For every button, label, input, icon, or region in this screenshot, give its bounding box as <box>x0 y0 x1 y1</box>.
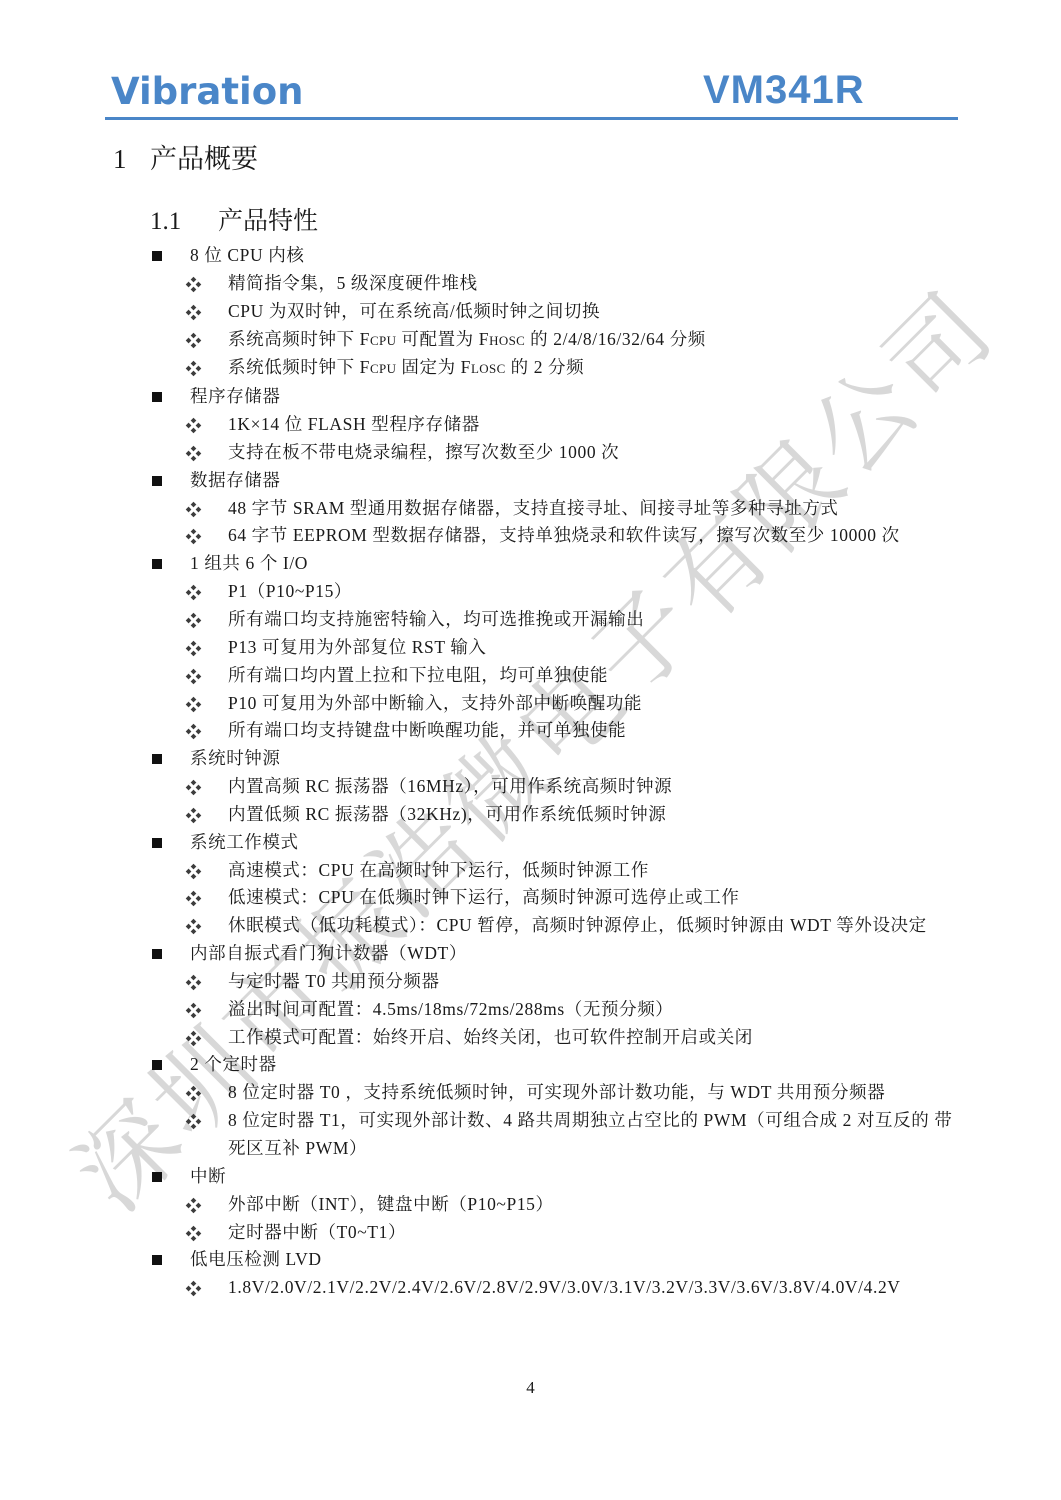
feature-subitem-text: 8 位定时器 T1，可实现外部计数、4 路共周期独立占空比的 PWM（可组合成 … <box>228 1107 962 1163</box>
feature-subitem: 低速模式：CPU 在低频时钟下运行，高频时钟源可选停止或工作 <box>152 884 962 912</box>
feature-subitem-text: 所有端口均支持键盘中断唤醒功能，并可单独使能 <box>228 717 962 745</box>
page: 深圳市振浩微电子有限公司 Vibration VM341R 1产品概要 1.1产… <box>0 0 1061 1500</box>
feature-subitem-text: 外部中断（INT），键盘中断（P10~P15） <box>228 1191 962 1219</box>
feature-subitem: CPU 为双时钟，可在系统高/低频时钟之间切换 <box>152 298 962 326</box>
page-number: 4 <box>0 1378 1061 1398</box>
feature-subitem: 定时器中断（T0~T1） <box>152 1219 962 1247</box>
feature-item: 2 个定时器 <box>152 1051 962 1079</box>
feature-label: 数据存储器 <box>190 467 281 495</box>
diamond-bullet-icon <box>186 277 202 293</box>
feature-subitem: 64 字节 EEPROM 型数据存储器，支持单独烧录和软件读写，擦写次数至少 1… <box>152 522 962 550</box>
feature-subitem: 所有端口均支持施密特输入，均可选推挽或开漏输出 <box>152 606 962 634</box>
feature-subitem: 精简指令集，5 级深度硬件堆栈 <box>152 270 962 298</box>
feature-subitem: 1K×14 位 FLASH 型程序存储器 <box>152 411 962 439</box>
diamond-bullet-icon <box>186 919 202 935</box>
small-caps-text: CPU <box>370 361 396 376</box>
feature-label: 系统工作模式 <box>190 829 299 857</box>
feature-subitem: 系统高频时钟下 FCPU 可配置为 FHOSC 的 2/4/8/16/32/64… <box>152 326 962 355</box>
square-bullet-icon <box>152 251 162 261</box>
feature-subitem-text: 系统低频时钟下 FCPU 固定为 FLOSC 的 2 分频 <box>228 354 962 383</box>
feature-label: 低电压检测 LVD <box>190 1246 322 1274</box>
feature-subitem: P13 可复用为外部复位 RST 输入 <box>152 634 962 662</box>
square-bullet-icon <box>152 754 162 764</box>
feature-subitem: 1.8V/2.0V/2.1V/2.2V/2.4V/2.6V/2.8V/2.9V/… <box>152 1274 962 1302</box>
feature-subitem: P10 可复用为外部中断输入，支持外部中断唤醒功能 <box>152 690 962 718</box>
feature-subitem: 所有端口均内置上拉和下拉电阻，均可单独使能 <box>152 662 962 690</box>
feature-subitem-text: 所有端口均内置上拉和下拉电阻，均可单独使能 <box>228 662 962 690</box>
diamond-bullet-icon <box>186 1003 202 1019</box>
feature-subitem: 与定时器 T0 共用预分频器 <box>152 968 962 996</box>
feature-subitem-text: 低速模式：CPU 在低频时钟下运行，高频时钟源可选停止或工作 <box>228 884 962 912</box>
feature-subitem-text: 支持在板不带电烧录编程，擦写次数至少 1000 次 <box>228 439 962 467</box>
feature-item: 8 位 CPU 内核 <box>152 242 962 270</box>
diamond-bullet-icon <box>186 1281 202 1297</box>
feature-subitem: 所有端口均支持键盘中断唤醒功能，并可单独使能 <box>152 717 962 745</box>
feature-subitem-text: P10 可复用为外部中断输入，支持外部中断唤醒功能 <box>228 690 962 718</box>
diamond-bullet-icon <box>186 446 202 462</box>
diamond-bullet-icon <box>186 418 202 434</box>
feature-subitem-text: 系统高频时钟下 FCPU 可配置为 FHOSC 的 2/4/8/16/32/64… <box>228 326 962 355</box>
diamond-bullet-icon <box>186 724 202 740</box>
feature-item: 程序存储器 <box>152 383 962 411</box>
feature-subitem: 48 字节 SRAM 型通用数据存储器，支持直接寻址、间接寻址等多种寻址方式 <box>152 495 962 523</box>
square-bullet-icon <box>152 838 162 848</box>
square-bullet-icon <box>152 1060 162 1070</box>
diamond-bullet-icon <box>186 696 202 712</box>
feature-subitem: 8 位定时器 T0 ，支持系统低频时钟，可实现外部计数功能，与 WDT 共用预分… <box>152 1079 962 1107</box>
feature-subitem-text: 48 字节 SRAM 型通用数据存储器，支持直接寻址、间接寻址等多种寻址方式 <box>228 495 962 523</box>
feature-subitem: 休眠模式（低功耗模式）：CPU 暂停，高频时钟源停止，低频时钟源由 WDT 等外… <box>152 912 962 940</box>
feature-subitem-text: 内置高频 RC 振荡器（16MHz），可用作系统高频时钟源 <box>228 773 962 801</box>
feature-subitem: 高速模式：CPU 在高频时钟下运行，低频时钟源工作 <box>152 857 962 885</box>
section-number: 1 <box>113 144 150 175</box>
subsection-title: 产品特性 <box>218 208 318 235</box>
feature-subitem: 工作模式可配置：始终开启、始终关闭，也可软件控制开启或关闭 <box>152 1024 962 1052</box>
feature-subitem-text: 高速模式：CPU 在高频时钟下运行，低频时钟源工作 <box>228 857 962 885</box>
feature-subitem-text: 内置低频 RC 振荡器（32KHz)，可用作系统低频时钟源 <box>228 801 962 829</box>
small-caps-text: LOSC <box>471 361 506 376</box>
feature-subitem: P1（P10~P15） <box>152 578 962 606</box>
feature-item: 系统工作模式 <box>152 829 962 857</box>
feature-subitem-text: 64 字节 EEPROM 型数据存储器，支持单独烧录和软件读写，擦写次数至少 1… <box>228 522 962 550</box>
subsection-heading: 1.1产品特性 <box>150 201 318 237</box>
feature-label: 2 个定时器 <box>190 1051 277 1079</box>
feature-item: 1 组共 6 个 I/O <box>152 550 962 578</box>
diamond-bullet-icon <box>186 1114 202 1130</box>
square-bullet-icon <box>152 559 162 569</box>
diamond-bullet-icon <box>186 863 202 879</box>
small-caps-text: CPU <box>370 333 396 348</box>
diamond-bullet-icon <box>186 1030 202 1046</box>
section-title: 产品概要 <box>150 144 258 174</box>
square-bullet-icon <box>152 392 162 402</box>
feature-subitem: 支持在板不带电烧录编程，擦写次数至少 1000 次 <box>152 439 962 467</box>
feature-label: 中断 <box>190 1163 226 1191</box>
feature-subitem: 系统低频时钟下 FCPU 固定为 FLOSC 的 2 分频 <box>152 354 962 383</box>
square-bullet-icon <box>152 1172 162 1182</box>
feature-subitem-text: 溢出时间可配置：4.5ms/18ms/72ms/288ms（无预分频） <box>228 996 962 1024</box>
feature-label: 8 位 CPU 内核 <box>190 242 304 270</box>
feature-subitem-text: 工作模式可配置：始终开启、始终关闭，也可软件控制开启或关闭 <box>228 1024 962 1052</box>
feature-item: 低电压检测 LVD <box>152 1246 962 1274</box>
feature-subitem: 外部中断（INT），键盘中断（P10~P15） <box>152 1191 962 1219</box>
feature-item: 系统时钟源 <box>152 745 962 773</box>
brand-logo: Vibration <box>111 70 304 113</box>
diamond-bullet-icon <box>186 613 202 629</box>
feature-subitem-text: 休眠模式（低功耗模式）：CPU 暂停，高频时钟源停止，低频时钟源由 WDT 等外… <box>228 912 962 940</box>
diamond-bullet-icon <box>186 585 202 601</box>
diamond-bullet-icon <box>186 780 202 796</box>
square-bullet-icon <box>152 949 162 959</box>
feature-subitem-text: 定时器中断（T0~T1） <box>228 1219 962 1247</box>
diamond-bullet-icon <box>186 361 202 377</box>
square-bullet-icon <box>152 1255 162 1265</box>
feature-label: 系统时钟源 <box>190 745 281 773</box>
feature-subitem-text: 与定时器 T0 共用预分频器 <box>228 968 962 996</box>
diamond-bullet-icon <box>186 668 202 684</box>
diamond-bullet-icon <box>186 1086 202 1102</box>
diamond-bullet-icon <box>186 1225 202 1241</box>
subsection-number: 1.1 <box>150 208 218 236</box>
feature-subitem-text: P1（P10~P15） <box>228 578 962 606</box>
diamond-bullet-icon <box>186 891 202 907</box>
feature-label: 内部自振式看门狗计数器（WDT） <box>190 940 467 968</box>
feature-subitem-text: 1.8V/2.0V/2.1V/2.2V/2.4V/2.6V/2.8V/2.9V/… <box>228 1274 962 1302</box>
diamond-bullet-icon <box>186 641 202 657</box>
header-divider <box>105 117 958 120</box>
feature-subitem-text: 8 位定时器 T0 ，支持系统低频时钟，可实现外部计数功能，与 WDT 共用预分… <box>228 1079 962 1107</box>
feature-subitem-text: 所有端口均支持施密特输入，均可选推挽或开漏输出 <box>228 606 962 634</box>
diamond-bullet-icon <box>186 529 202 545</box>
feature-subitem: 内置高频 RC 振荡器（16MHz），可用作系统高频时钟源 <box>152 773 962 801</box>
diamond-bullet-icon <box>186 332 202 348</box>
small-caps-text: HOSC <box>489 333 525 348</box>
diamond-bullet-icon <box>186 1197 202 1213</box>
feature-label: 1 组共 6 个 I/O <box>190 550 308 578</box>
section-heading: 1产品概要 <box>113 137 258 176</box>
diamond-bullet-icon <box>186 501 202 517</box>
feature-subitem-text: CPU 为双时钟，可在系统高/低频时钟之间切换 <box>228 298 962 326</box>
feature-subitem-text: 1K×14 位 FLASH 型程序存储器 <box>228 411 962 439</box>
feature-subitem: 8 位定时器 T1，可实现外部计数、4 路共周期独立占空比的 PWM（可组合成 … <box>152 1107 962 1163</box>
product-model: VM341R <box>703 68 865 113</box>
diamond-bullet-icon <box>186 975 202 991</box>
square-bullet-icon <box>152 476 162 486</box>
feature-item: 中断 <box>152 1163 962 1191</box>
feature-subitem: 溢出时间可配置：4.5ms/18ms/72ms/288ms（无预分频） <box>152 996 962 1024</box>
feature-subitem-text: P13 可复用为外部复位 RST 输入 <box>228 634 962 662</box>
feature-item: 内部自振式看门狗计数器（WDT） <box>152 940 962 968</box>
diamond-bullet-icon <box>186 808 202 824</box>
feature-label: 程序存储器 <box>190 383 281 411</box>
feature-item: 数据存储器 <box>152 467 962 495</box>
diamond-bullet-icon <box>186 304 202 320</box>
feature-list: 8 位 CPU 内核精简指令集，5 级深度硬件堆栈CPU 为双时钟，可在系统高/… <box>152 242 962 1302</box>
feature-subitem-text: 精简指令集，5 级深度硬件堆栈 <box>228 270 962 298</box>
feature-subitem: 内置低频 RC 振荡器（32KHz)，可用作系统低频时钟源 <box>152 801 962 829</box>
